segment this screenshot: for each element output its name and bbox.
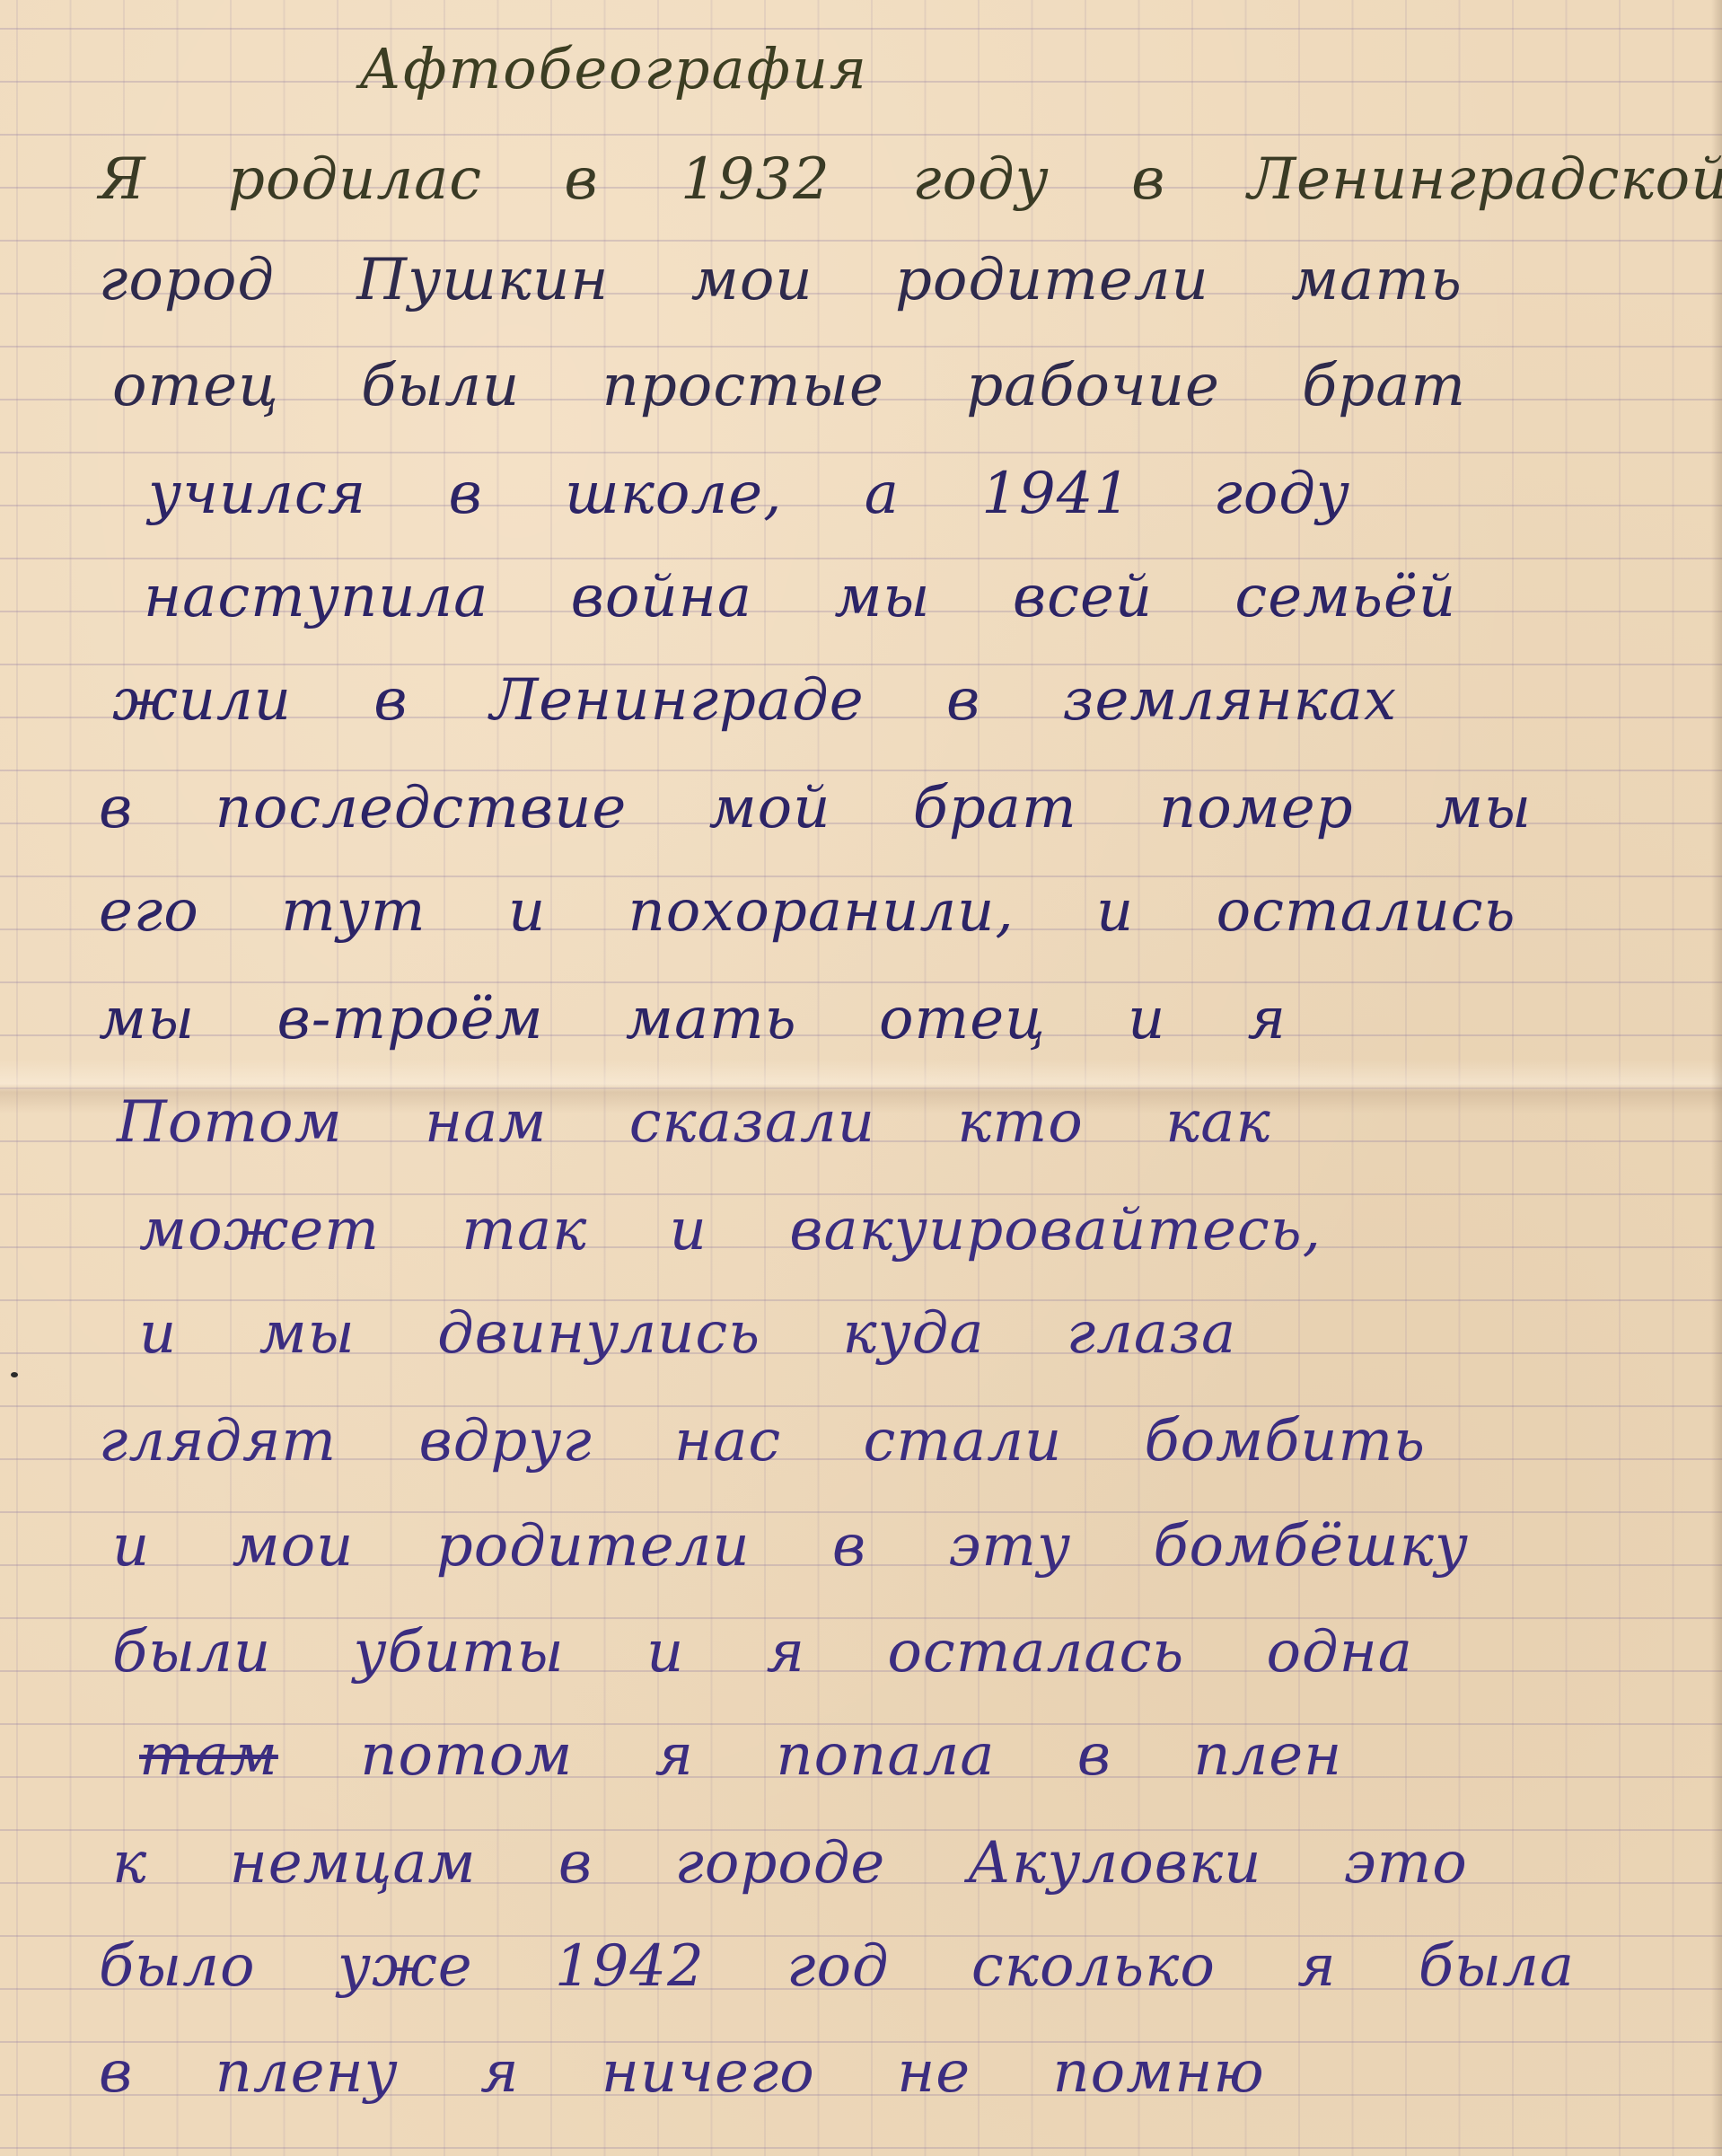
text-line-13: глядят вдруг нас стали бомбить	[99, 1396, 1426, 1486]
text-line-11: может так и вакуировайтесь,	[139, 1185, 1322, 1275]
text-line-6: жили в Ленинграде в землянках	[112, 656, 1397, 745]
text-line-18: было уже 1942 год сколько я была	[99, 1922, 1575, 2011]
ink-speck	[11, 1372, 18, 1377]
text-line-15: были убиты и я осталась одна	[112, 1607, 1413, 1697]
text-line-19: в плену я ничего не помню	[99, 2028, 1265, 2117]
text-line-10: Потом нам сказали кто как	[117, 1078, 1271, 1167]
struck-word: там	[139, 1722, 278, 1789]
text-line-12: и мы двинулись куда глаза	[139, 1289, 1236, 1378]
text-line-9: мы в-троём мать отец и я	[99, 974, 1287, 1064]
text-line-8: его тут и похоранили, и остались	[99, 867, 1516, 956]
text-line-4: учился в школе, а 1941 году	[148, 449, 1350, 539]
text-line-1: Я родилас в 1932 году в Ленинградской об…	[99, 135, 1722, 224]
text-line-7: в последствие мой брат помер мы	[99, 763, 1532, 853]
text-line-16: там потом я попала в плен	[139, 1711, 1342, 1800]
handwritten-document: Афтобеография Я родилас в 1932 году в Ле…	[0, 0, 1722, 2156]
text-line-5: наступила война мы всей семьёй	[144, 552, 1456, 642]
text-line-16-content: потом я попала в плен	[360, 1722, 1342, 1789]
text-line-3: отец были простые рабочие брат	[112, 341, 1466, 431]
text-line-17: к немцам в городе Акуловки это	[112, 1818, 1468, 1908]
text-line-14: и мои родители в эту бомбёшку	[112, 1501, 1469, 1591]
text-line-2: город Пушкин мои родители мать	[99, 235, 1463, 325]
document-title: Афтобеография	[359, 36, 868, 101]
